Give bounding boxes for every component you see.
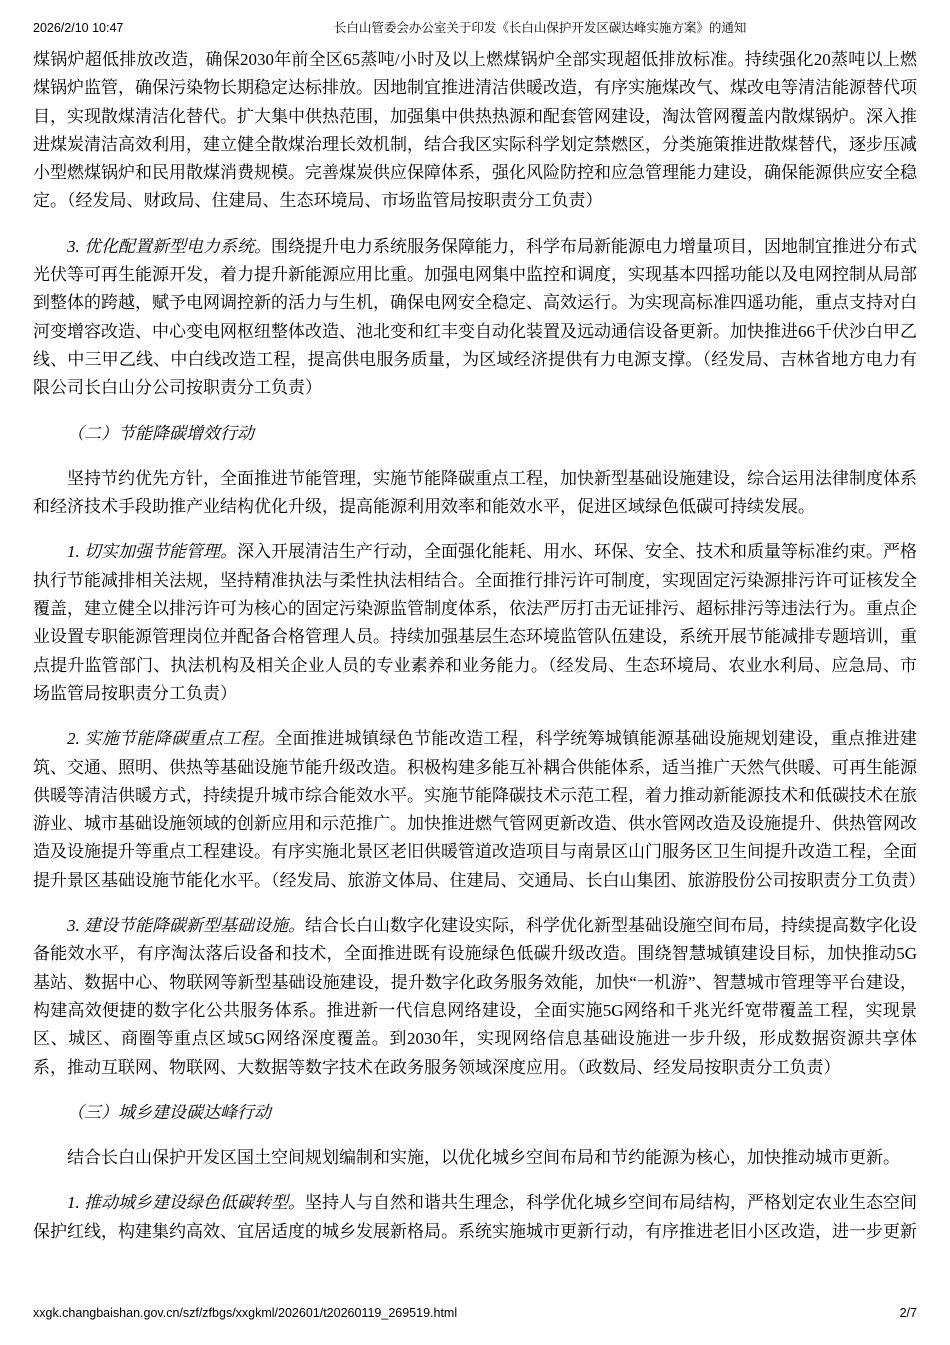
section-heading: （三）城乡建设碳达峰行动 (33, 1099, 917, 1127)
paragraph: 1. 切实加强节能管理。深入开展清洁生产行动，全面强化能耗、用水、环保、安全、技… (33, 538, 917, 708)
footer-page-number: 2/7 (900, 1306, 917, 1321)
document-body: 煤锅炉超低排放改造，确保2030年前全区65蒸吨/小时及以上燃煤锅炉全部实现超低… (33, 46, 917, 1263)
paragraph-lead: 1. 推动城乡建设绿色低碳转型。 (67, 1193, 305, 1212)
print-page: 2026/2/10 10:47 长白山管委会办公室关于印发《长白山保护开发区碳达… (0, 0, 950, 1345)
paragraph: 2. 实施节能降碳重点工程。全面推进城镇绿色节能改造工程，科学统筹城镇能源基础设… (33, 725, 917, 895)
paragraph: 3. 建设节能降碳新型基础设施。结合长白山数字化建设实际，科学优化新型基础设施空… (33, 912, 917, 1082)
paragraph: 结合长白山保护开发区国土空间规划编制和实施，以优化城乡空间布局和节约能源为核心，… (33, 1144, 917, 1172)
document-title: 长白山管委会办公室关于印发《长白山保护开发区碳达峰实施方案》的通知 (123, 21, 917, 36)
paragraph-lead: 1. 切实加强节能管理。 (67, 542, 237, 561)
paragraph-lead: 3. 建设节能降碳新型基础设施。 (67, 916, 305, 935)
paragraph: 坚持节约优先方针，全面推进节能管理，实施节能降碳重点工程，加快新型基础设施建设，… (33, 465, 917, 522)
paragraph: 煤锅炉超低排放改造，确保2030年前全区65蒸吨/小时及以上燃煤锅炉全部实现超低… (33, 46, 917, 216)
paragraph: 3. 优化配置新型电力系统。围绕提升电力系统服务保障能力，科学布局新能源电力增量… (33, 233, 917, 403)
print-header: 2026/2/10 10:47 长白山管委会办公室关于印发《长白山保护开发区碳达… (33, 21, 917, 36)
print-footer: xxgk.changbaishan.gov.cn/szf/zfbgs/xxgkm… (33, 1306, 917, 1321)
paragraph: 1. 推动城乡建设绿色低碳转型。坚持人与自然和谐共生理念，科学优化城乡空间布局结… (33, 1189, 917, 1246)
paragraph-lead: 2. 实施节能降碳重点工程。 (67, 729, 275, 748)
footer-url: xxgk.changbaishan.gov.cn/szf/zfbgs/xxgkm… (33, 1306, 457, 1321)
print-datetime: 2026/2/10 10:47 (33, 21, 123, 36)
section-heading: （二）节能降碳增效行动 (33, 420, 917, 448)
paragraph-lead: 3. 优化配置新型电力系统。 (67, 237, 271, 256)
